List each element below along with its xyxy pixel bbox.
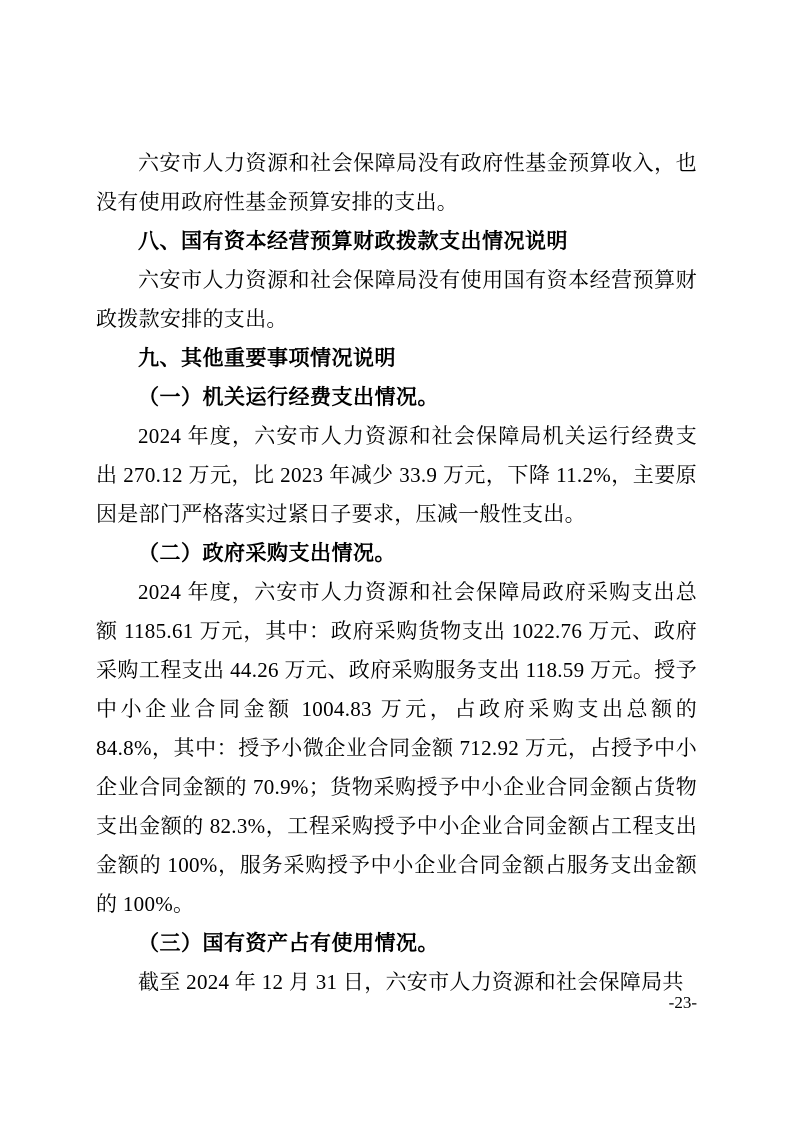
document-body: 六安市人力资源和社会保障局没有政府性基金预算收入，也没有使用政府性基金预算安排的… <box>96 144 697 1002</box>
para-operating-expense: 2024 年度，六安市人力资源和社会保障局机关运行经费支出 270.12 万元，… <box>96 417 697 534</box>
para-state-assets: 截至 2024 年 12 月 31 日，六安市人力资源和社会保障局共 <box>96 963 697 1002</box>
heading-section-8: 八、国有资本经营预算财政拨款支出情况说明 <box>96 222 697 261</box>
heading-9-2-procurement: （二）政府采购支出情况。 <box>96 534 697 573</box>
para-gov-fund-budget: 六安市人力资源和社会保障局没有政府性基金预算收入，也没有使用政府性基金预算安排的… <box>96 144 697 222</box>
para-procurement: 2024 年度，六安市人力资源和社会保障局政府采购支出总额 1185.61 万元… <box>96 573 697 924</box>
heading-section-9: 九、其他重要事项情况说明 <box>96 339 697 378</box>
document-page: 六安市人力资源和社会保障局没有政府性基金预算收入，也没有使用政府性基金预算安排的… <box>0 0 793 1122</box>
page-number: -23- <box>669 993 697 1013</box>
para-state-capital-budget: 六安市人力资源和社会保障局没有使用国有资本经营预算财政拨款安排的支出。 <box>96 261 697 339</box>
heading-9-3-state-assets: （三）国有资产占有使用情况。 <box>96 924 697 963</box>
heading-9-1-operating-expense: （一）机关运行经费支出情况。 <box>96 378 697 417</box>
